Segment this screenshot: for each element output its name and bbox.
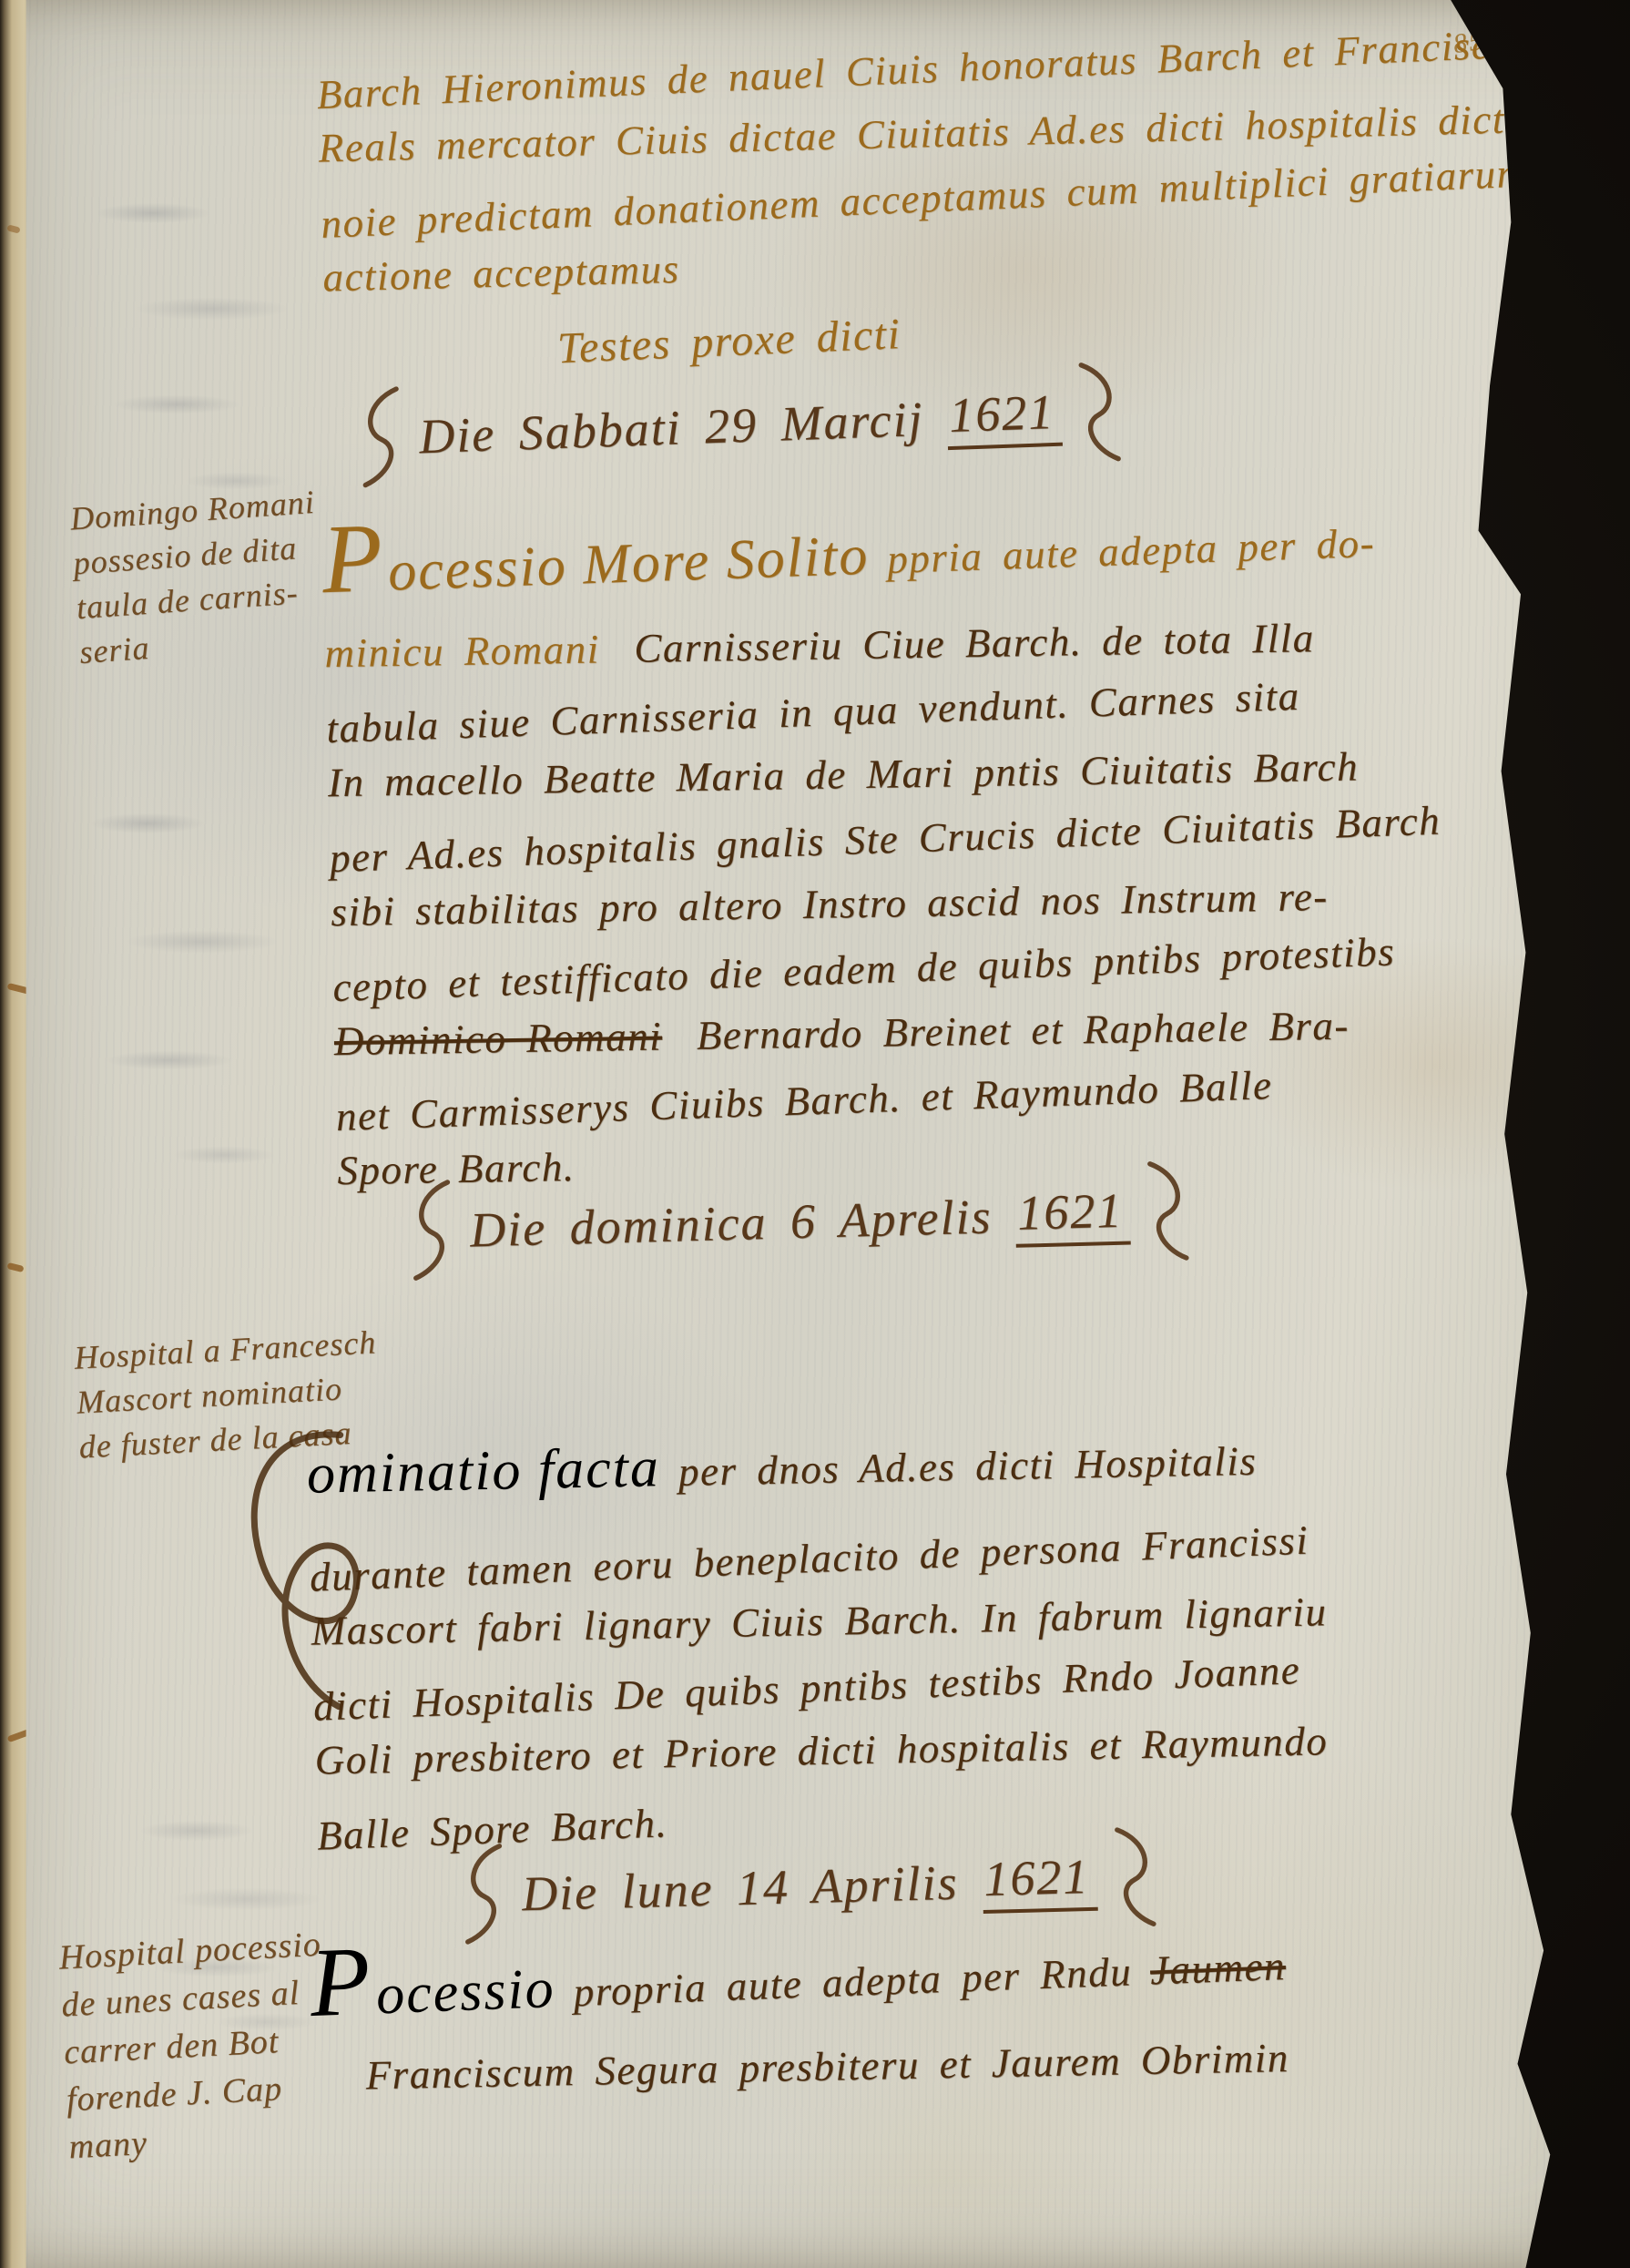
edge-ink-mark [6,224,20,233]
edge-ink-mark [6,1262,24,1272]
date-text: Die dominica 6 Aprelis [469,1188,993,1258]
opening-rest: per dnos Ad.es dicti Hospitalis [677,1438,1257,1495]
opening-words: ocessio More Solito [387,525,870,603]
date-text: Die lune 14 Aprilis [521,1854,959,1923]
flourish-right-icon [1110,1824,1160,1932]
opening-words: ominatio facta [306,1436,660,1505]
entry-acceptance: Barch Hieronimus de nauel Ciuis honoratu… [315,16,1564,384]
flourish-right-icon [1075,358,1126,467]
manuscript-page: 85 Barch Hieronimus de nauel Ciuis honor… [0,0,1630,2268]
flourish-right-icon [1144,1158,1194,1266]
date-year: 1621 [1014,1181,1131,1247]
date-year: 1621 [946,383,1063,449]
initial-letter: P [321,504,384,614]
gold-segment: minicu Romani [324,627,600,677]
entry-possessio-hospital: Pocessio propria aute adepta per Rndu Ja… [310,1914,1534,2114]
initial-letter: P [308,1927,372,2038]
dark-segment: Bernardo Breinet et Raphaele Bra- [696,1003,1350,1058]
margin-note-possessio-cases: Hospital pocessio de unes cases al carre… [57,1921,331,2171]
date-year: 1621 [982,1847,1098,1913]
struck-text: Jaumen [1149,1943,1287,1994]
entry-nominatio-mascort: ominatio facta per dnos Ad.es dicti Hosp… [306,1401,1520,1864]
verso-showthrough [82,729,301,1202]
date-text: Die Sabbati 29 Marcij [418,391,924,465]
opening-rest: ppria aute adepta per do- [886,520,1375,582]
dark-segment: Carnisseriu Ciue Barch. de tota Illa [634,615,1315,671]
flourish-left-icon [459,1841,509,1949]
verso-showthrough [82,137,319,519]
margin-note-possessio-romani: Domingo Romani possesio de dita taula de… [68,480,325,675]
photo-background: 85 Barch Hieronimus de nauel Ciuis honor… [0,0,1630,2268]
opening-words: ocessio [375,1957,556,2026]
dark-segment: propria aute adepta per Rndu [573,1948,1133,2015]
flourish-left-icon [407,1177,457,1285]
entry-possessio-romani: Pocessio More Solito ppria aute adepta p… [321,495,1522,1209]
dateline-dominica: Die dominica 6 Aprelis 1621 [407,1158,1194,1286]
struck-text: Dominico Romani [334,1013,663,1064]
flourish-left-icon [355,383,406,493]
